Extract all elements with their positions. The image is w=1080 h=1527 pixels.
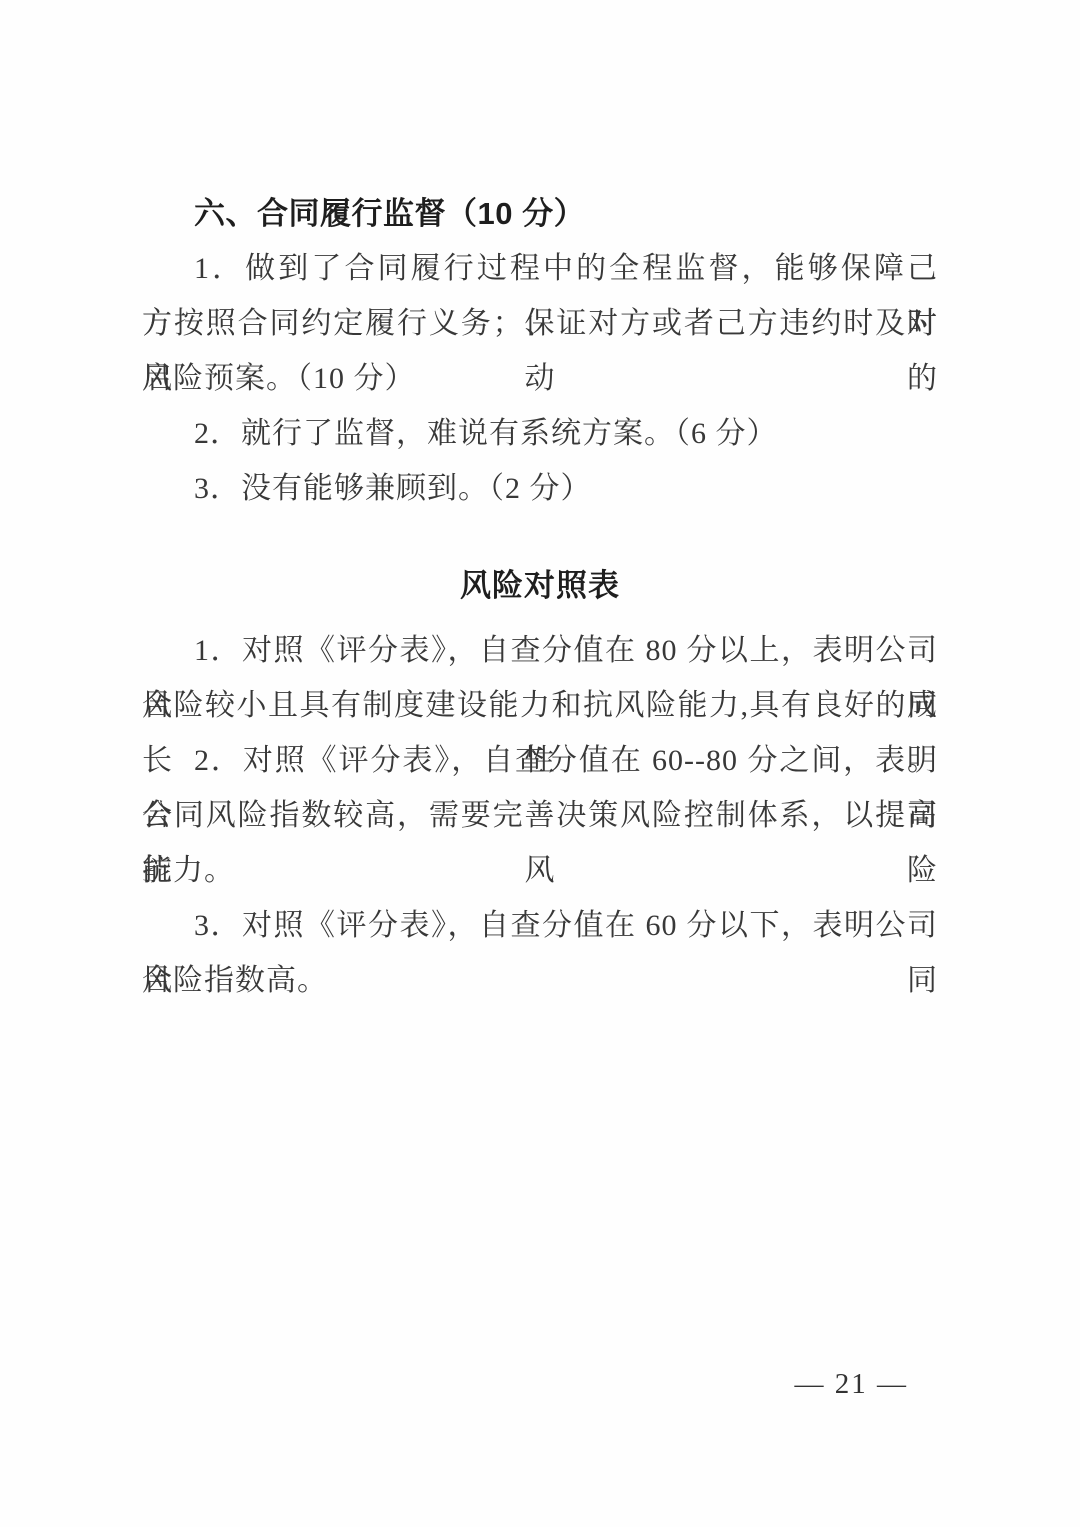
text-line: 3．没有能够兼顾到。（2 分） xyxy=(142,461,938,516)
text-line: 风险较小且具有制度建设能力和抗风险能力,具有良好的成长性。 xyxy=(142,678,938,733)
text-line: 1．做到了合同履行过程中的全程监督，能够保障己方、对 xyxy=(142,241,938,296)
text-line: 合同风险指数较高，需要完善决策风险控制体系，以提高抗风险 xyxy=(142,788,938,843)
document-page: 六、合同履行监督（10 分） 1．做到了合同履行过程中的全程监督，能够保障己方、… xyxy=(0,0,1080,1527)
paragraph-supervision-3: 3．没有能够兼顾到。（2 分） xyxy=(142,461,938,516)
paragraph-risk-1: 1．对照《评分表》，自查分值在 80 分以上，表明公司合同 风险较小且具有制度建… xyxy=(142,623,938,733)
text-line: 2．就行了监督，难说有系统方案。（6 分） xyxy=(142,406,938,461)
paragraph-supervision-1: 1．做到了合同履行过程中的全程监督，能够保障己方、对 方按照合同约定履行义务；保… xyxy=(142,241,938,406)
section-heading: 六、合同履行监督（10 分） xyxy=(142,186,938,241)
risk-table-heading: 风险对照表 xyxy=(142,558,938,613)
document-content: 六、合同履行监督（10 分） 1．做到了合同履行过程中的全程监督，能够保障己方、… xyxy=(142,186,938,1008)
text-line: 2．对照《评分表》，自查分值在 60--80 分之间，表明公司 xyxy=(142,733,938,788)
paragraph-risk-3: 3．对照《评分表》，自查分值在 60 分以下，表明公司合同 风险指数高。 xyxy=(142,898,938,1008)
text-line: 1．对照《评分表》，自查分值在 80 分以上，表明公司合同 xyxy=(142,623,938,678)
text-line: 3．对照《评分表》，自查分值在 60 分以下，表明公司合同 xyxy=(142,898,938,953)
paragraph-risk-2: 2．对照《评分表》，自查分值在 60--80 分之间，表明公司 合同风险指数较高… xyxy=(142,733,938,898)
text-line: 方按照合同约定履行义务；保证对方或者己方违约时及时启动的 xyxy=(142,296,938,351)
page-number: — 21 — xyxy=(795,1368,909,1401)
paragraph-supervision-2: 2．就行了监督，难说有系统方案。（6 分） xyxy=(142,406,938,461)
